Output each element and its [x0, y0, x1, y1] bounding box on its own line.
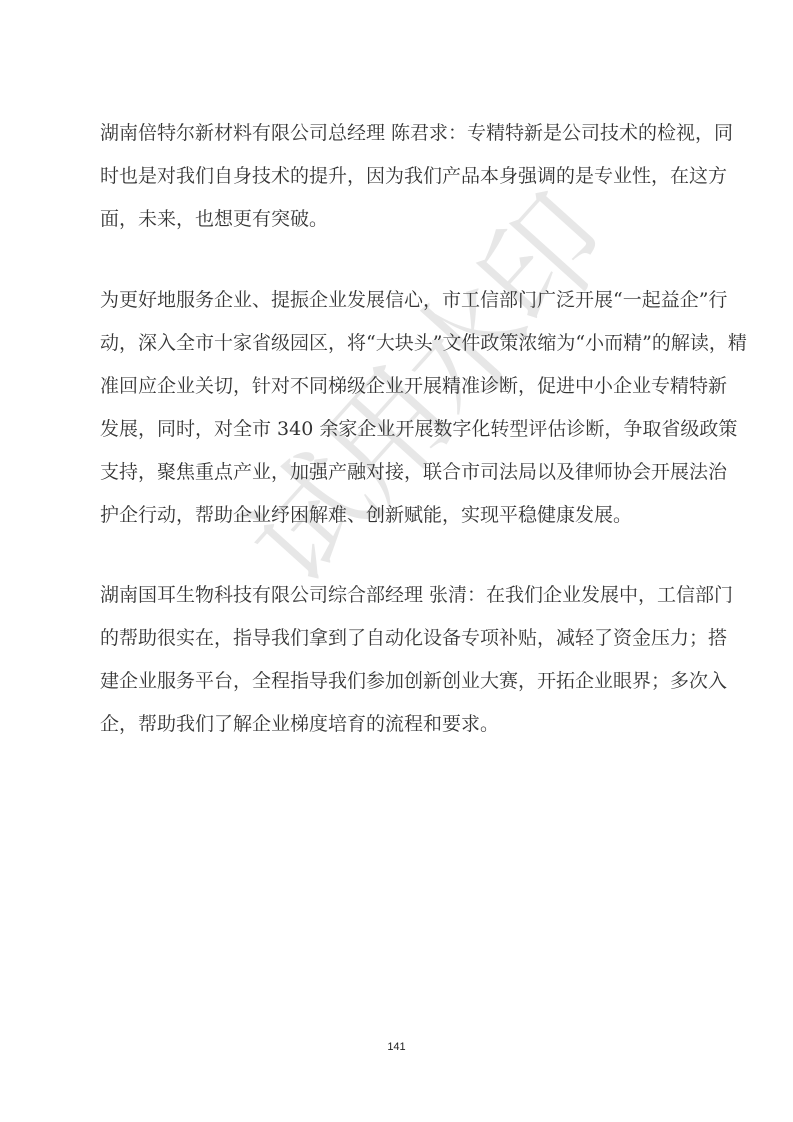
- text-line: 湖南国耳生物科技有限公司综合部经理 张清：在我们企业发展中，工信部门: [100, 583, 700, 607]
- text-line: 发展，同时，对全市 340 余家企业开展数字化转型评估诊断，争取省级政策: [100, 417, 700, 441]
- text-line: 的帮助很实在，指导我们拿到了自动化设备专项补贴，减轻了资金压力；搭: [100, 626, 700, 650]
- text-line: 企，帮助我们了解企业梯度培育的流程和要求。: [100, 712, 700, 736]
- text-line: 建企业服务平台，全程指导我们参加创新创业大赛，开拓企业眼界；多次入: [100, 669, 700, 693]
- text-line: 时也是对我们自身技术的提升，因为我们产品本身强调的是专业性，在这方: [100, 164, 700, 188]
- text-line: 为更好地服务企业、提振企业发展信心，市工信部门广泛开展“一起益企”行: [100, 288, 700, 312]
- document-page: 试用水印 湖南倍特尔新材料有限公司总经理 陈君求：专精特新是公司技术的检视，同 …: [0, 0, 793, 1122]
- text-line: 护企行动，帮助企业纾困解难、创新赋能，实现平稳健康发展。: [100, 503, 700, 527]
- text-line: 动，深入全市十家省级园区，将“大块头”文件政策浓缩为“小而精”的解读，精: [100, 331, 700, 355]
- text-line: 湖南倍特尔新材料有限公司总经理 陈君求：专精特新是公司技术的检视，同: [100, 121, 700, 145]
- text-line: 面，未来，也想更有突破。: [100, 207, 700, 231]
- text-line: 准回应企业关切，针对不同梯级企业开展精准诊断，促进中小企业专精特新: [100, 374, 700, 398]
- text-line: 支持，聚焦重点产业，加强产融对接，联合市司法局以及律师协会开展法治: [100, 460, 700, 484]
- page-number: 141: [0, 1041, 793, 1053]
